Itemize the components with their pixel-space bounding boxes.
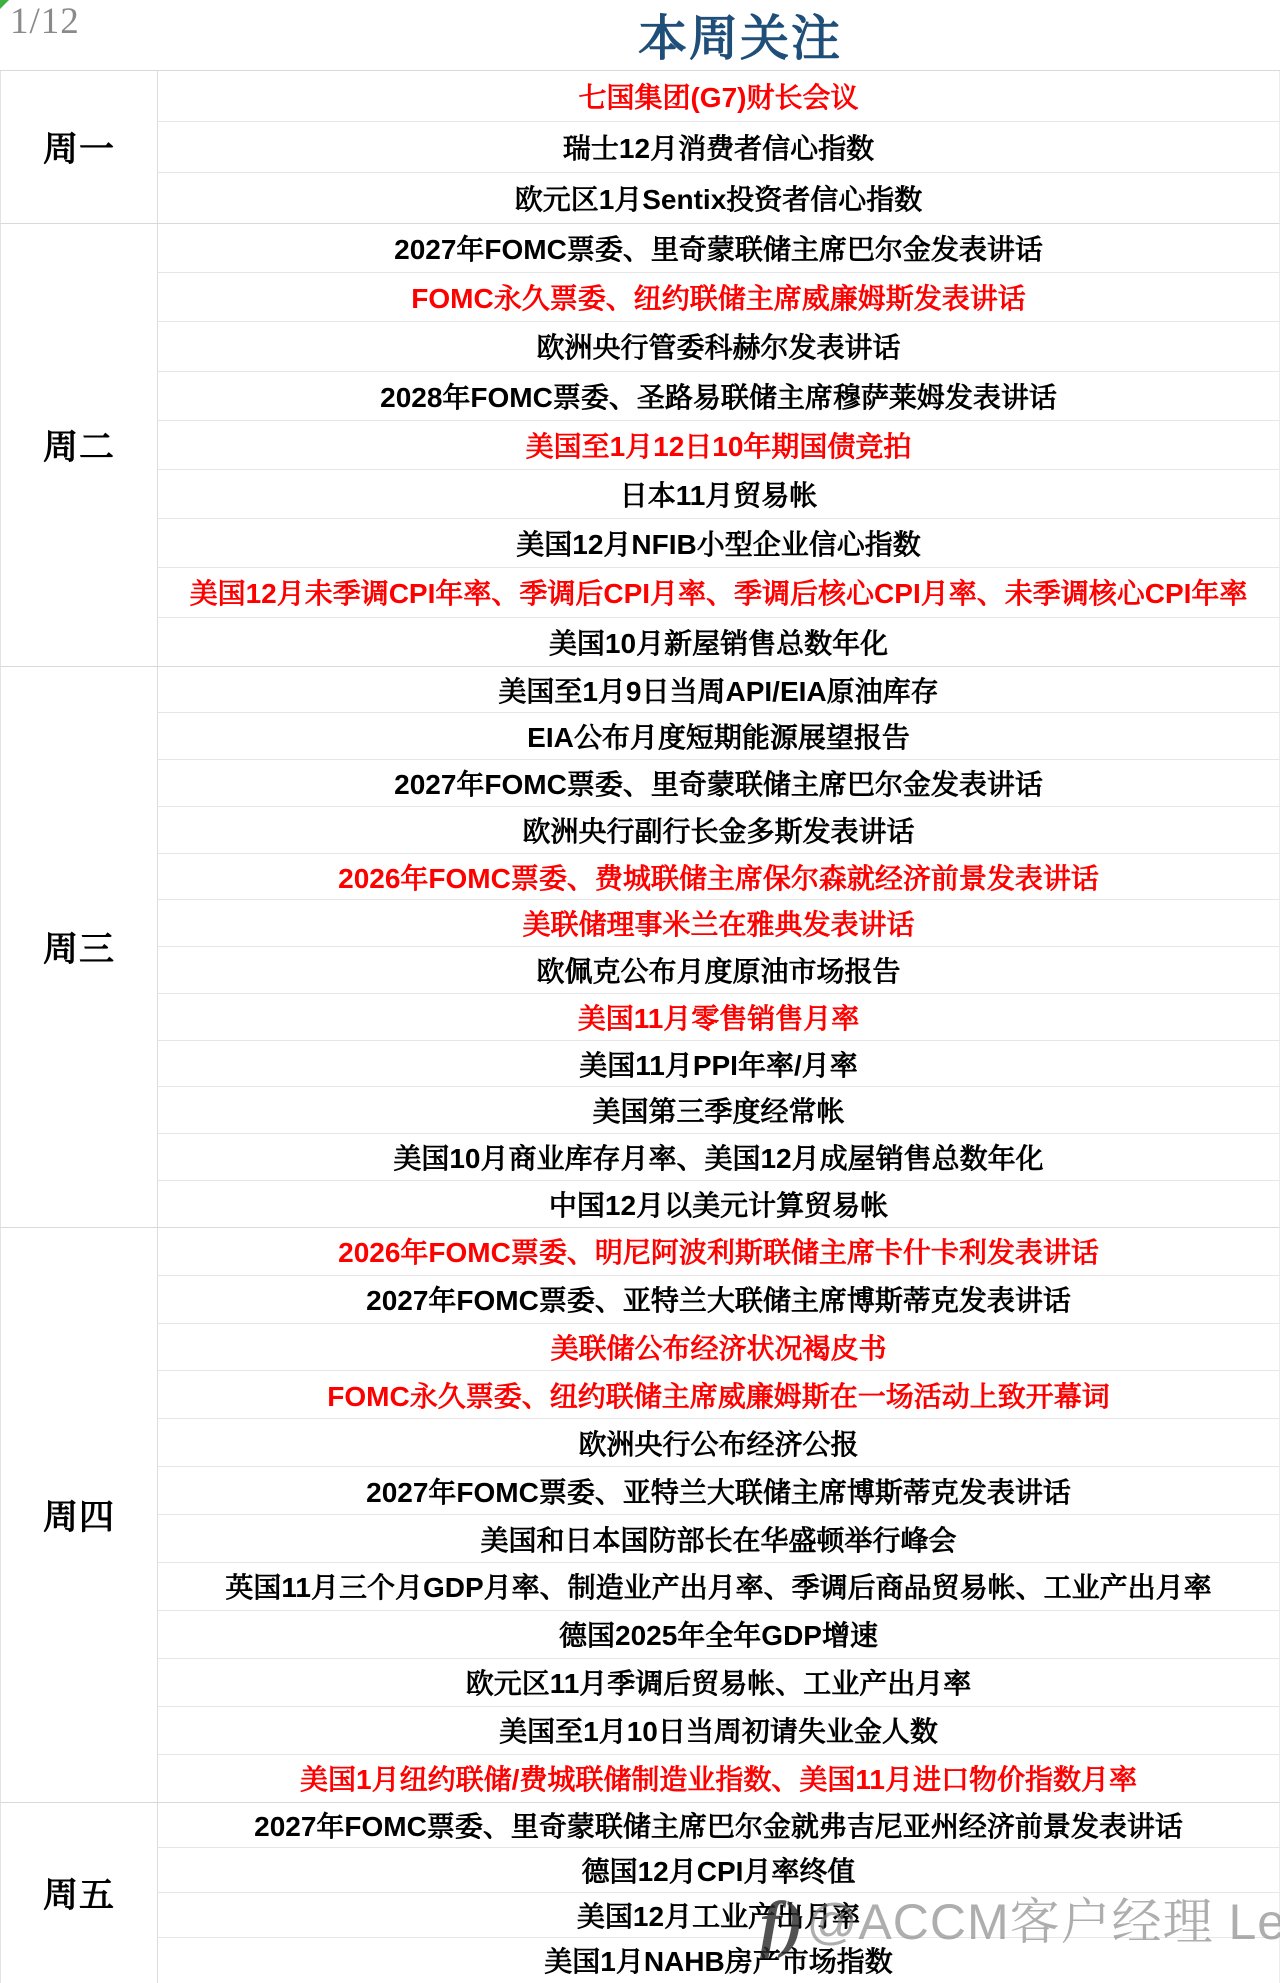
corner-marker bbox=[0, 0, 9, 9]
event-row: 欧元区1月Sentix投资者信心指数 bbox=[158, 173, 1280, 224]
day-label: 周二 bbox=[0, 224, 158, 667]
event-row: 德国12月CPI月率终值 bbox=[158, 1848, 1280, 1893]
day-label: 周一 bbox=[0, 71, 158, 224]
event-row: 欧洲央行管委科赫尔发表讲话 bbox=[158, 322, 1280, 371]
event-row-highlighted: 美国1月纽约联储/费城联储制造业指数、美国11月进口物价指数月率 bbox=[158, 1755, 1280, 1803]
event-row-highlighted: 美联储理事米兰在雅典发表讲话 bbox=[158, 900, 1280, 947]
event-row: 中国12月以美元计算贸易帐 bbox=[158, 1181, 1280, 1228]
event-row: 2027年FOMC票委、亚特兰大联储主席博斯蒂克发表讲话 bbox=[158, 1276, 1280, 1324]
event-row: 欧元区11月季调后贸易帐、工业产出月率 bbox=[158, 1659, 1280, 1707]
event-row: 英国11月三个月GDP月率、制造业产出月率、季调后商品贸易帐、工业产出月率 bbox=[158, 1563, 1280, 1611]
event-row-highlighted: 美国11月零售销售月率 bbox=[158, 994, 1280, 1041]
event-row: 瑞士12月消费者信心指数 bbox=[158, 122, 1280, 173]
event-row: 欧佩克公布月度原油市场报告 bbox=[158, 947, 1280, 994]
event-row: 美国10月商业库存月率、美国12月成屋销售总数年化 bbox=[158, 1134, 1280, 1181]
event-row-highlighted: 美国12月未季调CPI年率、季调后CPI月率、季调后核心CPI月率、未季调核心C… bbox=[158, 568, 1280, 617]
page-title: 本周关注 bbox=[158, 0, 1280, 70]
event-row-highlighted: 七国集团(G7)财长会议 bbox=[158, 71, 1280, 122]
event-row: 美国至1月10日当周初请失业金人数 bbox=[158, 1707, 1280, 1755]
event-row-highlighted: 美联储公布经济状况褐皮书 bbox=[158, 1324, 1280, 1372]
event-row: 2027年FOMC票委、亚特兰大联储主席博斯蒂克发表讲话 bbox=[158, 1467, 1280, 1515]
event-row: 美国1月NAHB房产市场指数 bbox=[158, 1938, 1280, 1983]
event-row-highlighted: 2026年FOMC票委、费城联储主席保尔森就经济前景发表讲话 bbox=[158, 854, 1280, 901]
page-number: 1/12 bbox=[10, 0, 80, 43]
event-row: EIA公布月度短期能源展望报告 bbox=[158, 713, 1280, 760]
event-row: 欧洲央行副行长金多斯发表讲话 bbox=[158, 807, 1280, 854]
weekly-focus-table: 周一七国集团(G7)财长会议瑞士12月消费者信心指数欧元区1月Sentix投资者… bbox=[0, 70, 1280, 1983]
event-row: 美国至1月9日当周API/EIA原油库存 bbox=[158, 667, 1280, 714]
event-row-highlighted: 美国至1月12日10年期国债竞拍 bbox=[158, 421, 1280, 470]
day-label: 周五 bbox=[0, 1803, 158, 1983]
day-label: 周四 bbox=[0, 1228, 158, 1803]
event-row: 日本11月贸易帐 bbox=[158, 470, 1280, 519]
event-row: 美国10月新屋销售总数年化 bbox=[158, 618, 1280, 667]
event-row-highlighted: FOMC永久票委、纽约联储主席威廉姆斯发表讲话 bbox=[158, 273, 1280, 322]
page-header: 1/12 本周关注 bbox=[0, 0, 1280, 70]
event-row: 美国12月NFIB小型企业信心指数 bbox=[158, 519, 1280, 568]
event-row: 2028年FOMC票委、圣路易联储主席穆萨莱姆发表讲话 bbox=[158, 372, 1280, 421]
event-row-highlighted: FOMC永久票委、纽约联储主席威廉姆斯在一场活动上致开幕词 bbox=[158, 1371, 1280, 1419]
day-label: 周三 bbox=[0, 667, 158, 1228]
event-row: 2027年FOMC票委、里奇蒙联储主席巴尔金发表讲话 bbox=[158, 760, 1280, 807]
event-row: 2027年FOMC票委、里奇蒙联储主席巴尔金就弗吉尼亚州经济前景发表讲话 bbox=[158, 1803, 1280, 1848]
event-row: 美国11月PPI年率/月率 bbox=[158, 1041, 1280, 1088]
event-row: 德国2025年全年GDP增速 bbox=[158, 1611, 1280, 1659]
event-row: 欧洲央行公布经济公报 bbox=[158, 1419, 1280, 1467]
event-row: 美国第三季度经常帐 bbox=[158, 1087, 1280, 1134]
event-row: 2027年FOMC票委、里奇蒙联储主席巴尔金发表讲话 bbox=[158, 224, 1280, 273]
event-row: 美国和日本国防部长在华盛顿举行峰会 bbox=[158, 1515, 1280, 1563]
event-row-highlighted: 2026年FOMC票委、明尼阿波利斯联储主席卡什卡利发表讲话 bbox=[158, 1228, 1280, 1276]
event-row: 美国12月工业产出月率 bbox=[158, 1893, 1280, 1938]
